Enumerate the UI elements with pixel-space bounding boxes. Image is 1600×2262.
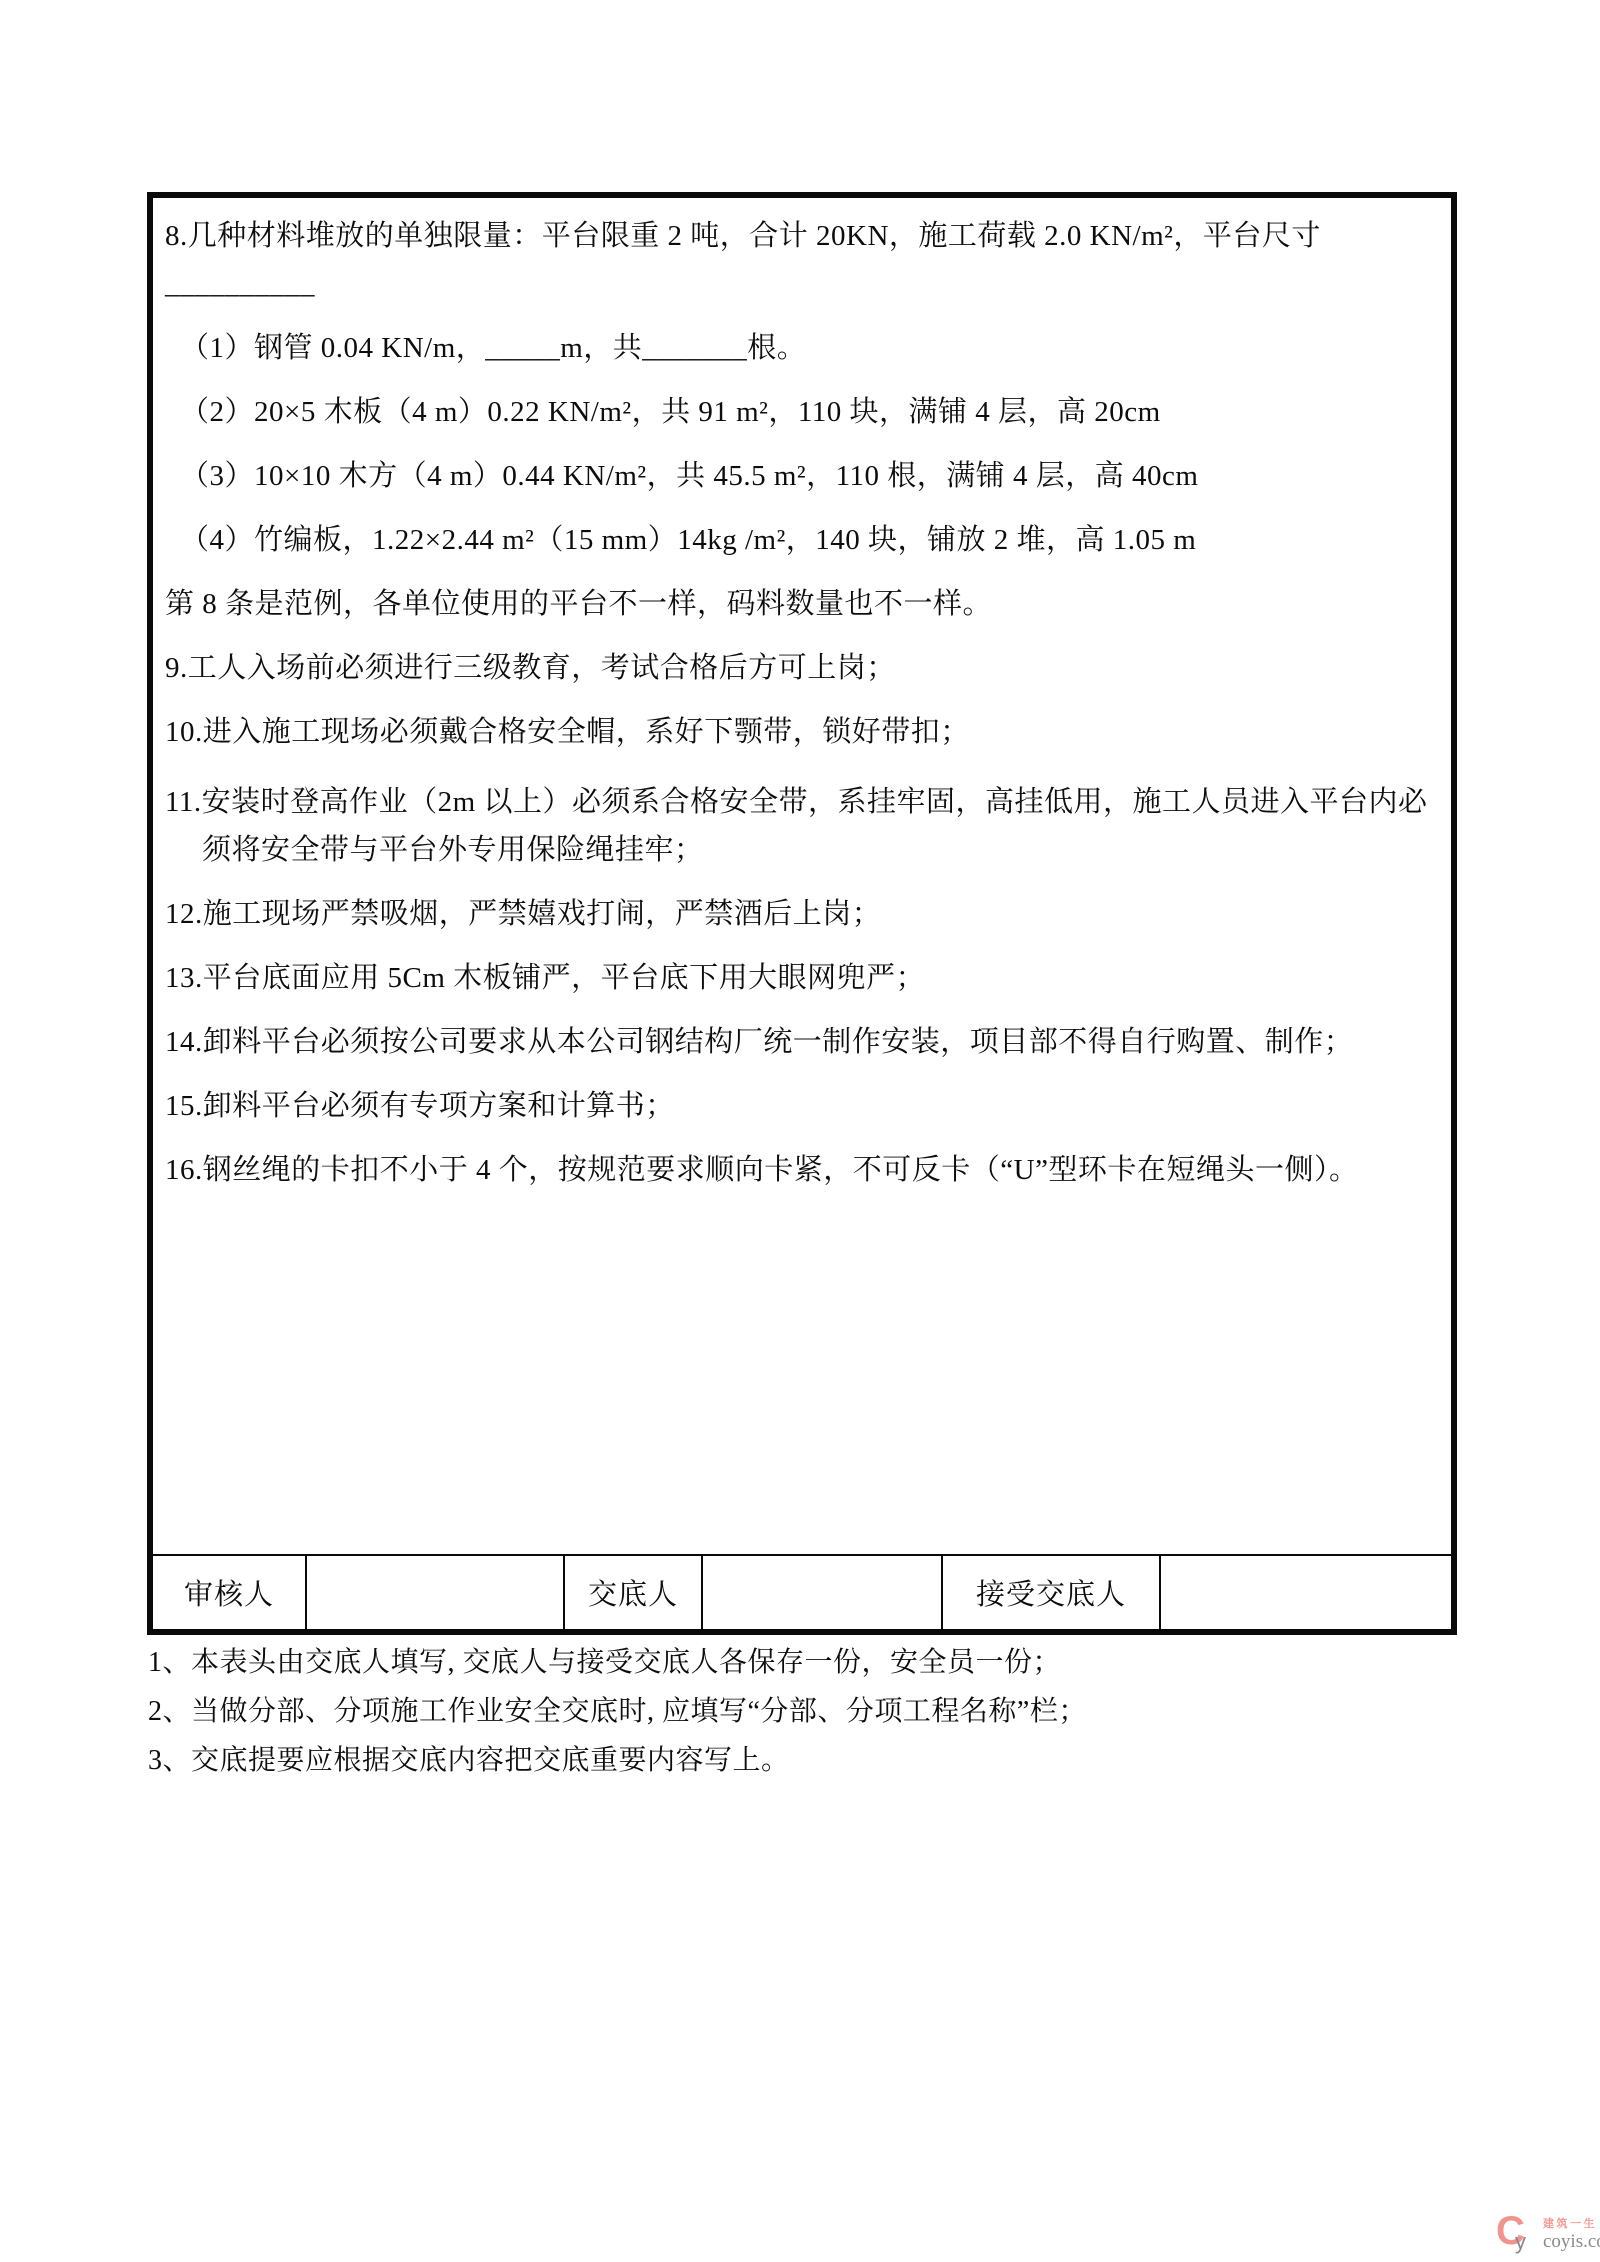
clause-8-sub-3: （3）10×10 木方（4 m）0.44 KN/m²，共 45.5 m²，110… (165, 444, 1439, 508)
clause-15: 15.卸料平台必须有专项方案和计算书； (165, 1074, 1439, 1138)
clause-8: 8.几种材料堆放的单独限量：平台限重 2 吨，合计 20KN，施工荷载 2.0 … (165, 204, 1439, 316)
footnote-3: 3、交底提要应根据交底内容把交底重要内容写上。 (148, 1736, 1398, 1785)
clause-9: 9.工人入场前必须进行三级教育，考试合格后方可上岗； (165, 636, 1439, 700)
clause-12: 12.施工现场严禁吸烟，严禁嬉戏打闹，严禁酒后上岗； (165, 882, 1439, 946)
clause-8-sub-1: （1）钢管 0.04 KN/m，_____m，共_______根。 (165, 316, 1439, 380)
receiver-value-cell (1159, 1556, 1451, 1629)
coyis-watermark: C y 建筑一生 coyis.com (1496, 2217, 1600, 2261)
coyis-tagline: 建筑一生 (1543, 2218, 1600, 2231)
discloser-value-cell (701, 1556, 941, 1629)
clause-13: 13.平台底面应用 5Cm 木板铺严，平台底下用大眼网兜严； (165, 946, 1439, 1010)
clause-11: 11.安装时登高作业（2m 以上）必须系合格安全带，系挂牢固，高挂低用，施工人员… (165, 764, 1439, 882)
footnote-1: 1、本表头由交底人填写, 交底人与接受交底人各保存一份，安全员一份； (148, 1638, 1398, 1687)
signature-row: 审核人 交底人 接受交底人 (153, 1554, 1451, 1629)
receiver-label: 接受交底人 (941, 1556, 1159, 1629)
footnotes: 1、本表头由交底人填写, 交底人与接受交底人各保存一份，安全员一份； 2、当做分… (148, 1638, 1398, 1785)
clause-14: 14.卸料平台必须按公司要求从本公司钢结构厂统一制作安装，项目部不得自行购置、制… (165, 1010, 1439, 1074)
clause-8-sub-4: （4）竹编板，1.22×2.44 m²（15 mm）14kg /m²，140 块… (165, 508, 1439, 572)
clause-16: 16.钢丝绳的卡扣不小于 4 个，按规范要求顺向卡紧，不可反卡（“U”型环卡在短… (165, 1138, 1439, 1202)
coyis-watermark-text: 建筑一生 coyis.com (1543, 2218, 1600, 2253)
coyis-logo-y-icon: y (1515, 2231, 1526, 2253)
reviewer-value-cell (305, 1556, 563, 1629)
coyis-site: coyis.com (1543, 2231, 1600, 2253)
reviewer-label: 审核人 (153, 1556, 305, 1629)
footnote-2: 2、当做分部、分项施工作业安全交底时, 应填写“分部、分项工程名称”栏； (148, 1687, 1398, 1736)
clauses-area: 8.几种材料堆放的单独限量：平台限重 2 吨，合计 20KN，施工荷载 2.0 … (153, 198, 1451, 1554)
clause-8-remark: 第 8 条是范例，各单位使用的平台不一样，码料数量也不一样。 (165, 572, 1439, 636)
clause-8-sub-2: （2）20×5 木板（4 m）0.22 KN/m²，共 91 m²，110 块，… (165, 380, 1439, 444)
safety-disclosure-form-box: 8.几种材料堆放的单独限量：平台限重 2 吨，合计 20KN，施工荷载 2.0 … (147, 192, 1457, 1635)
clause-10: 10.进入施工现场必须戴合格安全帽，系好下颚带，锁好带扣； (165, 700, 1439, 764)
discloser-label: 交底人 (563, 1556, 701, 1629)
